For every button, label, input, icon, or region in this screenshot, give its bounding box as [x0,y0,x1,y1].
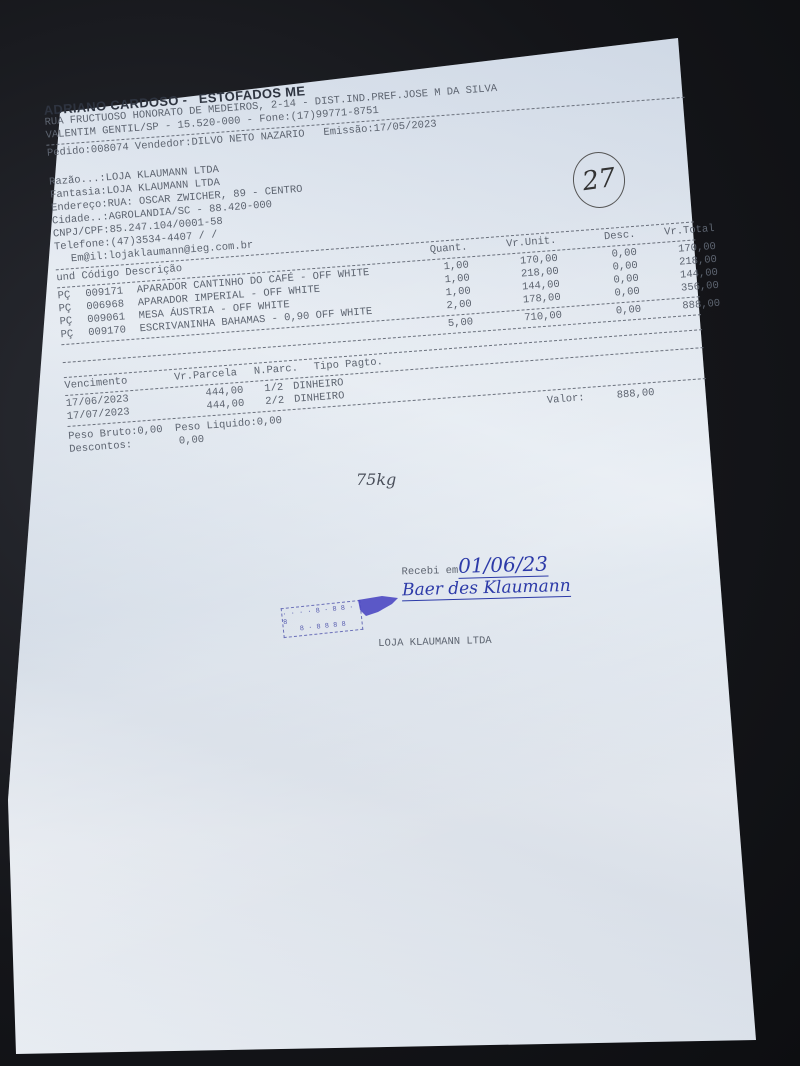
handwritten-signature: Baer des Klaumann [402,576,571,601]
handwritten-date: 01/06/23 [458,551,548,578]
receipt-block: Recebi em01/06/23 Baer des Klaumann LOJA… [375,515,573,662]
handwritten-weight: 75kg [356,470,396,489]
invoice-document: ADRIANO CARDOSO - ESTOFADOS ME RUA FRUCT… [40,11,728,457]
cell-codigo: 009170 [88,323,140,340]
cell-und: PÇ [60,327,89,342]
cell-n-parc: 2/2 [244,395,285,411]
receipt-company: LOJA KLAUMANN LTDA [378,633,572,650]
descontos-value: 0,00 [179,434,205,449]
receipt-label: Recebi em [401,565,458,578]
